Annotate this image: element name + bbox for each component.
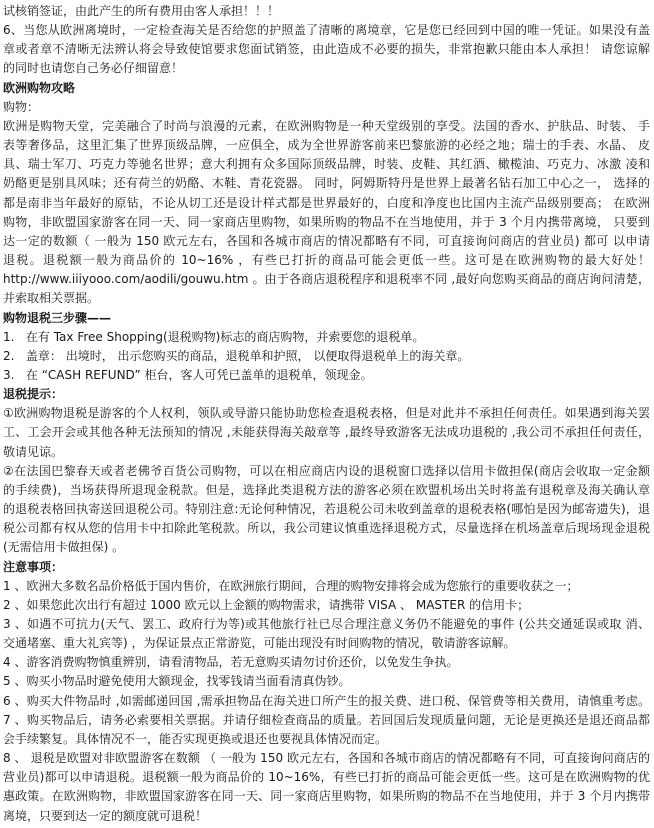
- section-heading: 购物退税三步骤——: [3, 309, 650, 328]
- text-line: 欧洲是购物天堂，完美融合了时尚与浪漫的元素，在欧洲购物是一种天堂级别的享受。法国…: [3, 117, 650, 136]
- text-line: 3. 在 “CASH REFUND” 柜台，客人可凭已盖单的退税单，领现金。: [3, 366, 650, 385]
- text-line: 3 、如遇不可抗力(天气、罢工、政府行为等)或其他旅行社已尽合理注意义务仍不能避…: [3, 615, 650, 634]
- text-line: 8 、 退税是欧盟对非欧盟游客在数额 （ 一般为 150 欧元左右，各国和各城市…: [3, 749, 650, 768]
- text-line: ②在法国巴黎春天或者老佛爷百货公司购物，可以在相应商店内设的退税窗口选择以信用卡…: [3, 462, 650, 481]
- text-line: 的同时也请您自己务必仔细留意！: [3, 59, 650, 78]
- text-line: 退税。退税额一般为商品价的 10~16% ，有些已打折的商品可能会更低一些。这可…: [3, 251, 650, 270]
- text-line: 5 、购买小物品时避免使用大额现金，找零钱请当面看清真伪钞。: [3, 672, 650, 691]
- section-heading: 退税提示：: [3, 385, 650, 404]
- document-page: 试核销签证，由此产生的所有费用由客人承担！！！6、当您从欧洲离境时，一定检查海关…: [0, 0, 654, 828]
- text-line: 奶酪更是别具风味；还有荷兰的奶酪、木鞋、青花瓷器。 同时，阿姆斯特丹是世界上最著…: [3, 174, 650, 193]
- text-line: 并索取相关票据。: [3, 289, 650, 308]
- text-line: 会手续繁复。具体情况不一，能否实现更换或退还也要视具体情况而定。: [3, 730, 650, 749]
- text-line: 敬请见谅。: [3, 443, 650, 462]
- text-line: 1 、欧洲大多数名品价格低于国内售价，在欧洲旅行期间，合理的购物安排将会成为您旅…: [3, 577, 650, 596]
- text-line: 4 、游客消费购物慎重辨别，请看清物品，若无意购买请勿讨价还价，以免发生争执。: [3, 653, 650, 672]
- text-line: 离境，只要到达一定的额度就可退税！: [3, 807, 650, 826]
- text-line: 交通堵塞、重大礼宾等) ，为保证景点正常游览，可能出现没有时间购物的情况，敬请游…: [3, 634, 650, 653]
- text-line: 惠政策。在欧洲购物，非欧盟国家游客在同一天、同一家商店里购物，如果所购的物品不在…: [3, 787, 650, 806]
- text-line: 6、当您从欧洲离境时，一定检查海关是否给您的护照盖了清晰的离境章，它是您已经回到…: [3, 21, 650, 40]
- section-heading: 注意事项：: [3, 558, 650, 577]
- text-line: 表等奢侈品，这里汇集了世界顶级品牌，一应俱全，成为全世界游客前来巴黎旅游的必经之…: [3, 136, 650, 155]
- text-line: 具、瑞士军刀、巧克力等驰名世界；意大利拥有众多国际顶级品牌，时装、皮鞋、其红酒、…: [3, 155, 650, 174]
- text-line: 1. 在有 Tax Free Shopping(退税购物)标志的商店购物，并索要…: [3, 328, 650, 347]
- text-line: 的退税表格回执寄送回退税公司。特别注意:无论何种情况，若退税公司未收到盖章的退税…: [3, 500, 650, 519]
- text-line: 营业员)都可以申请退税。退税额一般为商品价的 10~16%，有些已打折的商品可能…: [3, 768, 650, 787]
- text-line: 6 、购买大件物品时 ,如需邮递回国 ,需承担物品在海关进口所产生的报关费、进口…: [3, 692, 650, 711]
- text-line: 工、工会开会或其他各种无法预知的情况 ,未能获得海关敲章等 ,最终导致游客无法成…: [3, 423, 650, 442]
- text-line: 7 、购买物品后，请务必索要相关票据。并请仔细检查商品的质量。若回国后发现质量问…: [3, 711, 650, 730]
- text-line: 试核销签证，由此产生的所有费用由客人承担！！！: [3, 2, 650, 21]
- text-line: 达一定的数额（ 一般为 150 欧元左右，各国和各城市商店的情况都略有不同，可直…: [3, 232, 650, 251]
- text-line: 的手续费)，当场获得所退现金税款。但是，选择此类退税方法的游客必须在欧盟机场出关…: [3, 481, 650, 500]
- text-line: (无需信用卡做担保) 。: [3, 538, 650, 557]
- text-line: 税公司都有权从您的信用卡中扣除此笔税款。所以，我公司建议慎重选择退税方式，尽量选…: [3, 519, 650, 538]
- text-line: 2. 盖章： 出境时， 出示您购买的商品，退税单和护照， 以便取得退税单上的海关…: [3, 347, 650, 366]
- document-lines: 试核销签证，由此产生的所有费用由客人承担！！！6、当您从欧洲离境时，一定检查海关…: [3, 2, 650, 826]
- text-line: http://www.iiiyooo.com/aodili/gouwu.htm …: [3, 270, 650, 289]
- text-line: ①欧洲购物退税是游客的个人权利，领队或导游只能协助您检查退税表格，但是对此并不承…: [3, 404, 650, 423]
- text-line: 购物，非欧盟国家游客在同一天、同一家商店里购物，如果所购的物品不在当地使用，并于…: [3, 213, 650, 232]
- section-heading: 欧洲购物攻略: [3, 79, 650, 98]
- text-line: 2 、如果您此次出行有超过 1000 欧元以上金额的购物需求，请携带 VISA …: [3, 596, 650, 615]
- text-line: 购物：: [3, 98, 650, 117]
- text-line: 章或者章不清晰无法辨认将会导致使馆要求您面试销签，由此造成不必要的损失，非常抱歉…: [3, 40, 650, 59]
- text-line: 都是南非当年最好的原钻，不论从切工还是设计样式都是世界最好的，白度和净度也比国内…: [3, 194, 650, 213]
